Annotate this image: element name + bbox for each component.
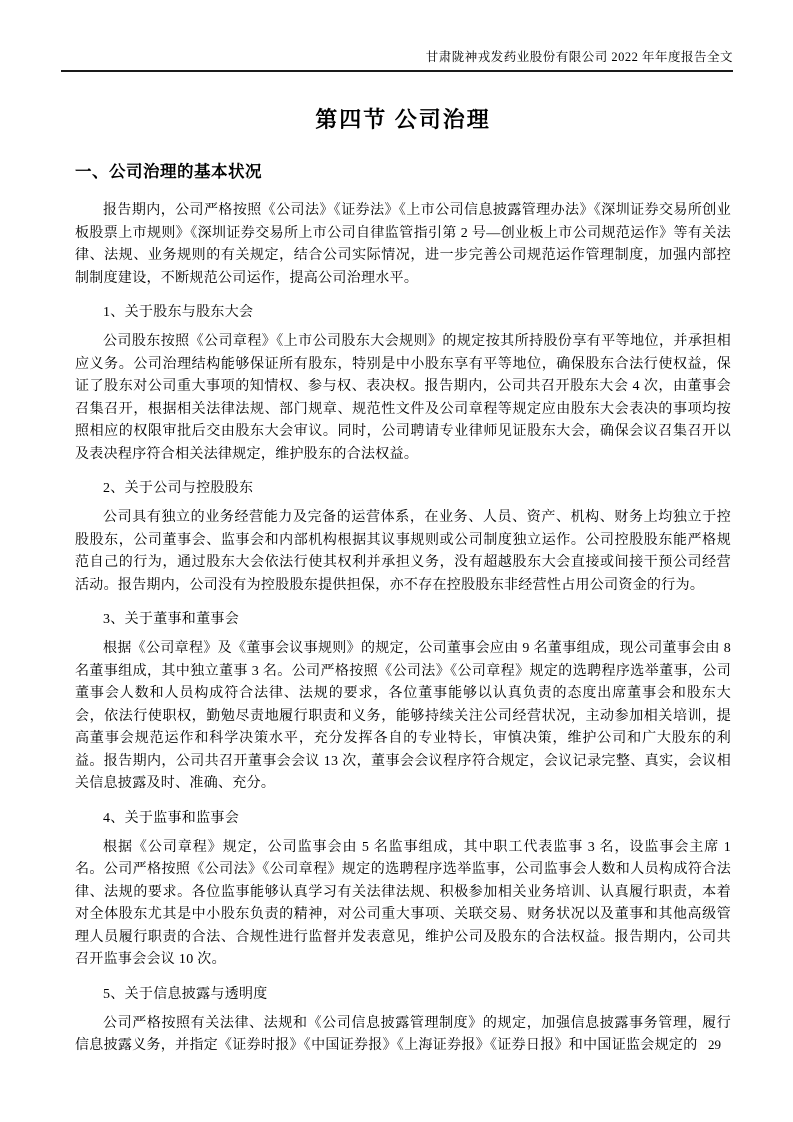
subsection-body-supervisors: 根据《公司章程》规定，公司监事会由 5 名监事组成，其中职工代表监事 3 名，设… — [75, 837, 731, 972]
subsection-heading-shareholders: 1、关于股东与股东大会 — [75, 302, 731, 324]
subsection-heading-disclosure: 5、关于信息披露与透明度 — [75, 984, 731, 1006]
subsection-body-directors: 根据《公司章程》及《董事会议事规则》的规定，公司董事会应由 9 名董事组成，现公… — [75, 638, 731, 796]
subsection-heading-controlling-shareholder: 2、关于公司与控股股东 — [75, 478, 731, 500]
page-number: 29 — [708, 1037, 721, 1052]
subsection-body-shareholders: 公司股东按照《公司章程》《上市公司股东大会规则》的规定按其所持股份享有平等地位，… — [75, 331, 731, 466]
chapter-title: 第四节 公司治理 — [75, 104, 731, 136]
subsection-body-controlling-shareholder: 公司具有独立的业务经营能力及完备的运营体系，在业务、人员、资产、机构、财务上均独… — [75, 507, 731, 597]
subsection-heading-supervisors: 4、关于监事和监事会 — [75, 808, 731, 830]
section-heading: 一、公司治理的基本状况 — [75, 160, 731, 184]
subsection-body-disclosure: 公司严格按照有关法律、法规和《公司信息披露管理制度》的规定，加强信息披露事务管理… — [75, 1013, 731, 1058]
page-content: 第四节 公司治理 一、公司治理的基本状况 报告期内，公司严格按照《公司法》《证券… — [75, 104, 731, 1065]
page-footer: 29 — [708, 1036, 721, 1054]
intro-paragraph: 报告期内，公司严格按照《公司法》《证券法》《上市公司信息披露管理办法》《深圳证券… — [75, 200, 731, 290]
header-text: 甘肃陇神戎发药业股份有限公司 2022 年年度报告全文 — [426, 50, 733, 64]
subsection-heading-directors: 3、关于董事和董事会 — [75, 609, 731, 631]
page-header: 甘肃陇神戎发药业股份有限公司 2022 年年度报告全文 — [61, 48, 733, 72]
document-page: 甘肃陇神戎发药业股份有限公司 2022 年年度报告全文 第四节 公司治理 一、公… — [0, 0, 793, 1122]
